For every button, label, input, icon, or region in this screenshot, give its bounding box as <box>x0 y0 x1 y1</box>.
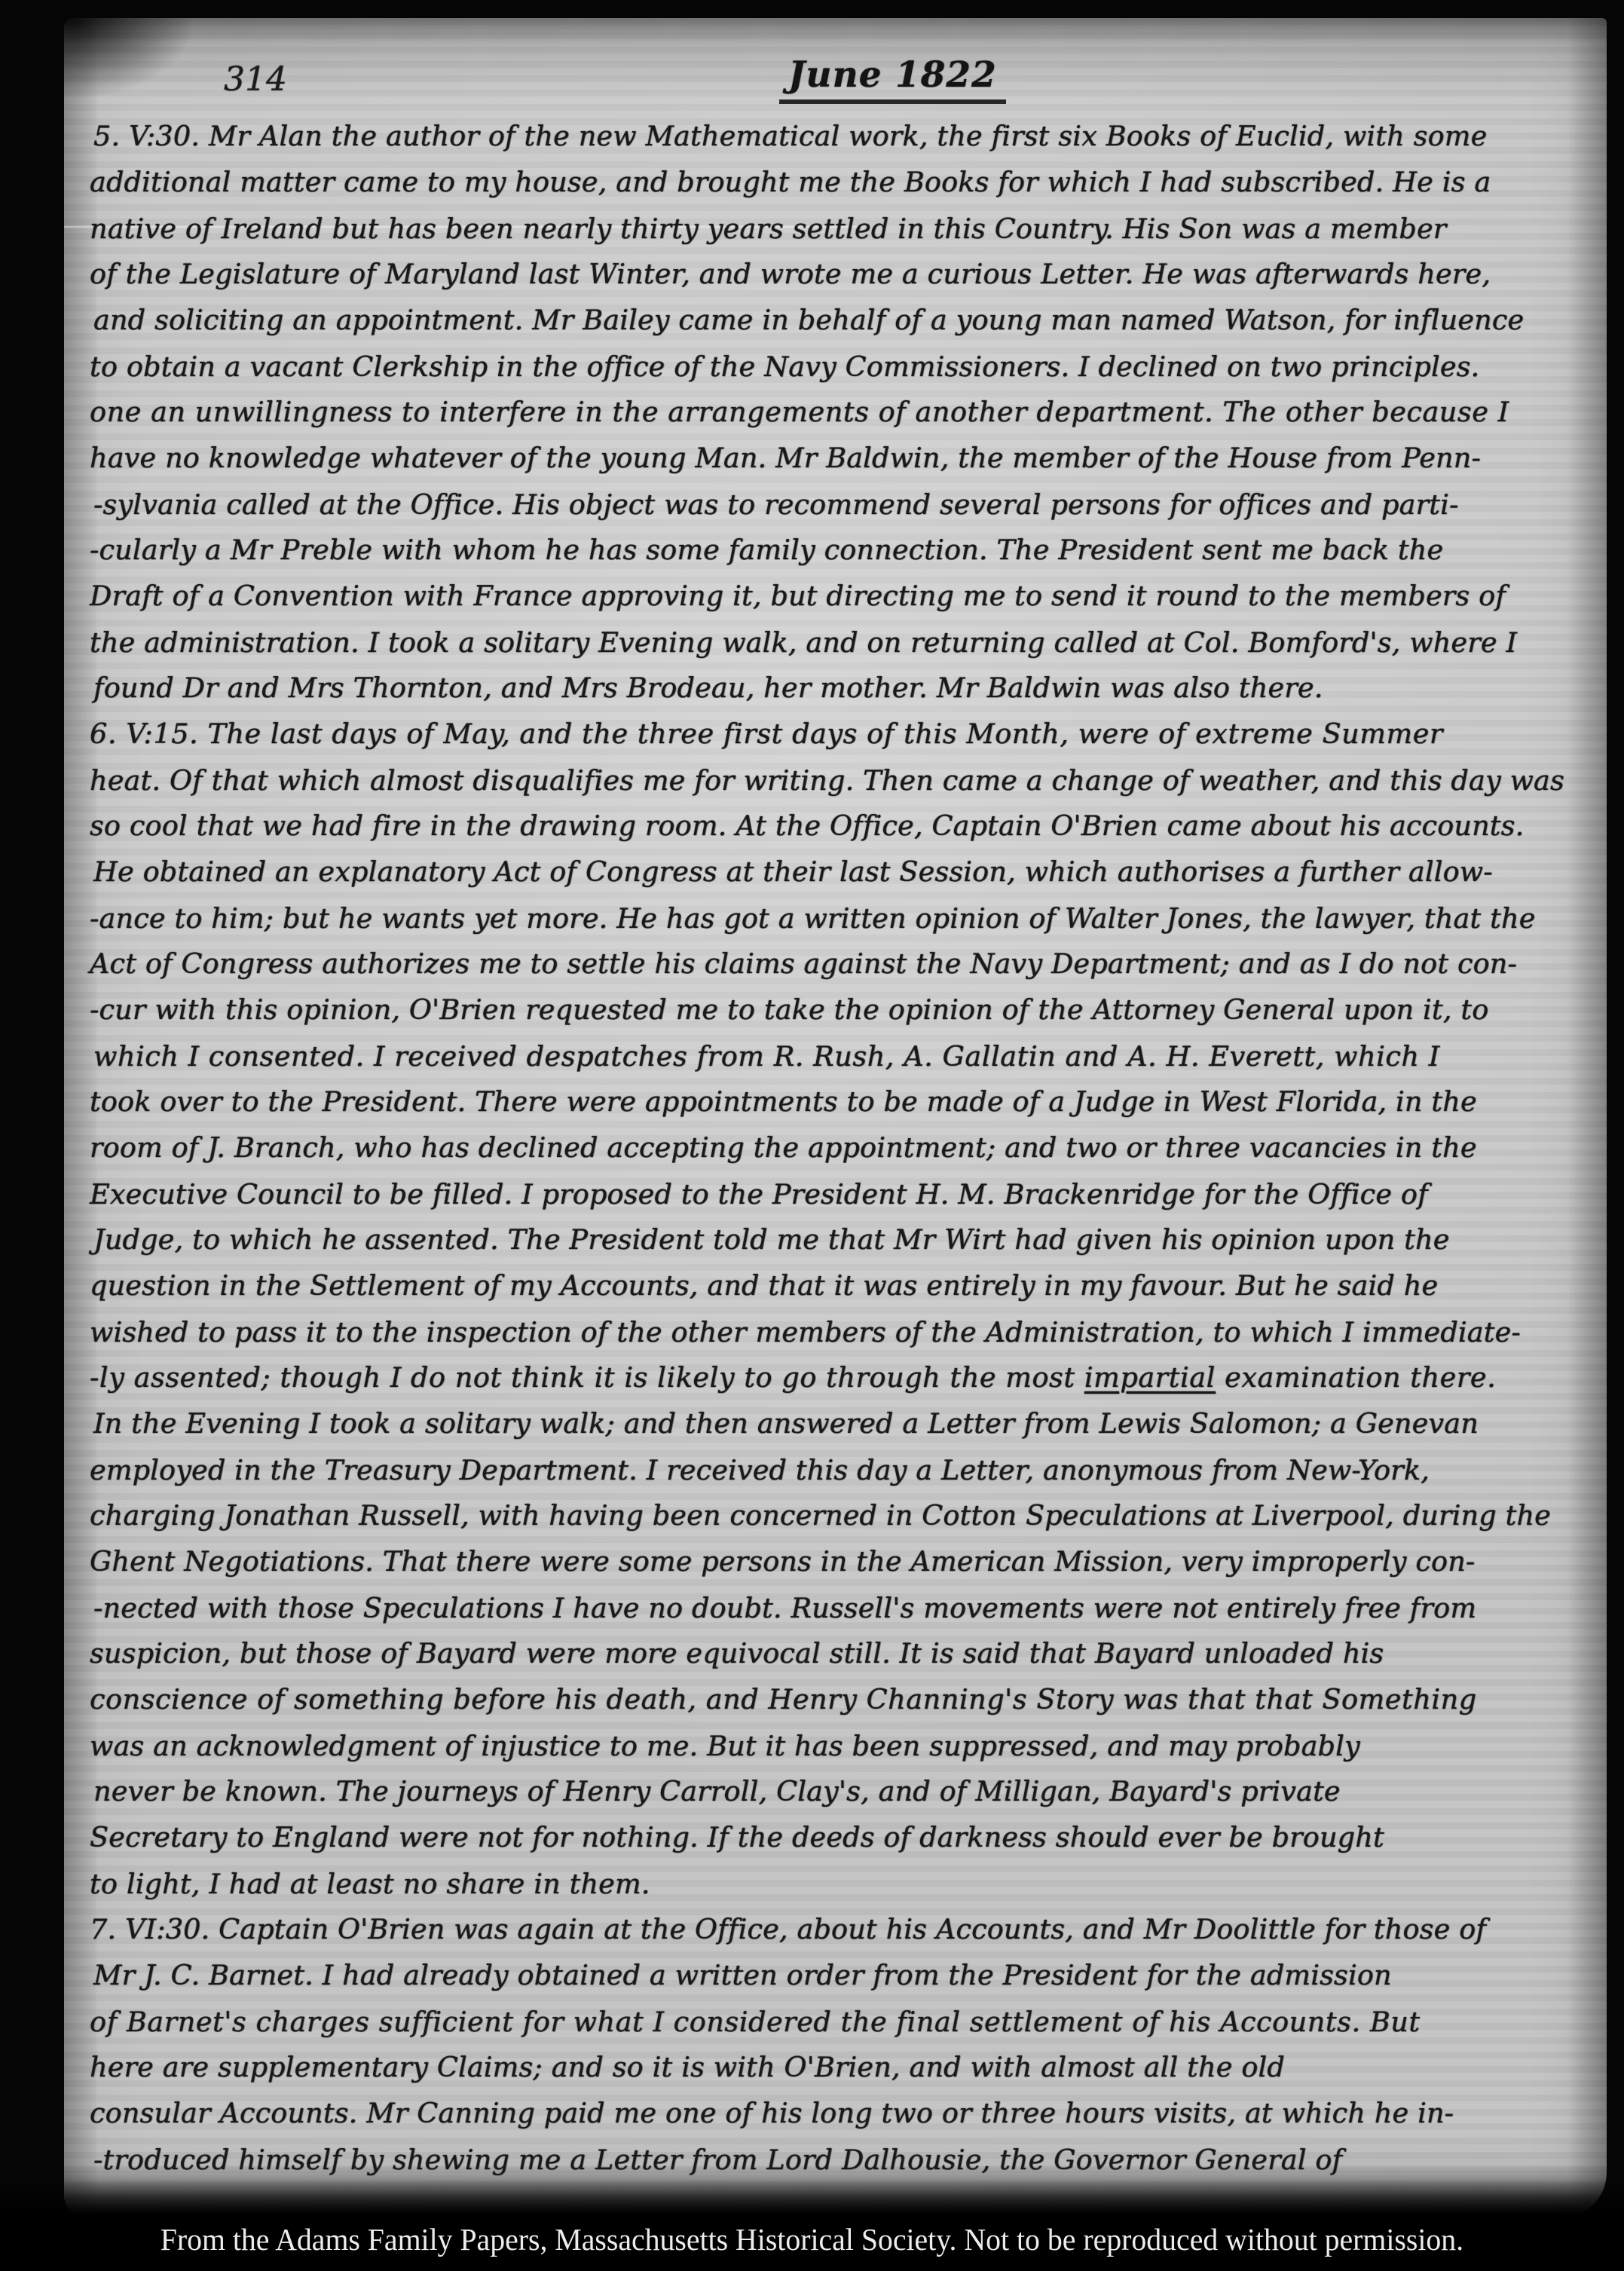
manuscript-line: -nected with those Speculations I have n… <box>93 1585 1593 1631</box>
manuscript-line: of the Legislature of Maryland last Wint… <box>90 251 1593 297</box>
manuscript-body: 5. V:30. Mr Alan the author of the new M… <box>90 113 1593 2182</box>
manuscript-line: and soliciting an appointment. Mr Bailey… <box>93 297 1593 343</box>
manuscript-line: the administration. I took a solitary Ev… <box>90 620 1593 666</box>
manuscript-line: Ghent Negotiations. That there were some… <box>90 1538 1593 1584</box>
manuscript-line: heat. Of that which almost disqualifies … <box>90 758 1593 803</box>
manuscript-line: Act of Congress authorizes me to settle … <box>90 941 1593 987</box>
manuscript-line: conscience of something before his death… <box>90 1676 1593 1722</box>
manuscript-line: In the Evening I took a solitary walk; a… <box>93 1400 1593 1446</box>
month-heading: June 1822 <box>64 54 1607 104</box>
manuscript-line: -ance to him; but he wants yet more. He … <box>90 895 1593 941</box>
manuscript-line: 7. VI:30. Captain O'Brien was again at t… <box>90 1906 1593 1952</box>
manuscript-line: of Barnet's charges sufficient for what … <box>90 1999 1593 2045</box>
manuscript-line: to obtain a vacant Clerkship in the offi… <box>90 344 1593 390</box>
manuscript-line: never be known. The journeys of Henry Ca… <box>93 1768 1593 1814</box>
manuscript-line: took over to the President. There were a… <box>90 1079 1593 1125</box>
manuscript-line: suspicion, but those of Bayard were more… <box>90 1630 1593 1676</box>
manuscript-line: charging Jonathan Russell, with having b… <box>90 1492 1593 1538</box>
credit-text: From the Adams Family Papers, Massachuse… <box>161 2221 1463 2257</box>
manuscript-line: 5. V:30. Mr Alan the author of the new M… <box>93 113 1593 159</box>
manuscript-line: -ly assented; though I do not think it i… <box>90 1354 1593 1400</box>
manuscript-line: employed in the Treasury Department. I r… <box>90 1447 1593 1493</box>
manuscript-line: room of J. Branch, who has declined acce… <box>90 1125 1593 1171</box>
manuscript-line: additional matter came to my house, and … <box>90 159 1593 205</box>
manuscript-line: Judge, to which he assented. The Preside… <box>93 1217 1593 1263</box>
manuscript-page: 314 June 1822 5. V:30. Mr Alan the autho… <box>64 18 1607 2217</box>
manuscript-line: -troduced himself by shewing me a Letter… <box>93 2137 1593 2183</box>
manuscript-line: question in the Settlement of my Account… <box>90 1263 1593 1308</box>
manuscript-line: which I consented. I received despatches… <box>93 1033 1593 1079</box>
manuscript-line: Draft of a Convention with France approv… <box>90 573 1593 619</box>
credit-banner: From the Adams Family Papers, Massachuse… <box>0 2211 1624 2267</box>
manuscript-line: -sylvania called at the Office. His obje… <box>93 482 1593 528</box>
manuscript-line: found Dr and Mrs Thornton, and Mrs Brode… <box>93 665 1593 711</box>
manuscript-line: 6. V:15. The last days of May, and the t… <box>90 711 1593 757</box>
manuscript-line: He obtained an explanatory Act of Congre… <box>93 849 1593 895</box>
manuscript-line: -cur with this opinion, O'Brien requeste… <box>90 987 1593 1033</box>
manuscript-line: here are supplementary Claims; and so it… <box>90 2044 1593 2090</box>
manuscript-line: Mr J. C. Barnet. I had already obtained … <box>93 1952 1593 1998</box>
manuscript-line: to light, I had at least no share in the… <box>90 1861 1593 1907</box>
manuscript-line: have no knowledge whatever of the young … <box>90 435 1593 481</box>
manuscript-photo: 314 June 1822 5. V:30. Mr Alan the autho… <box>0 0 1624 2271</box>
month-heading-text: June 1822 <box>779 54 1006 104</box>
manuscript-line: Secretary to England were not for nothin… <box>90 1814 1593 1860</box>
manuscript-line: consular Accounts. Mr Canning paid me on… <box>90 2090 1593 2136</box>
manuscript-line: -cularly a Mr Preble with whom he has so… <box>90 527 1593 573</box>
manuscript-line: was an acknowledgment of injustice to me… <box>90 1723 1593 1769</box>
manuscript-line: native of Ireland but has been nearly th… <box>90 206 1593 252</box>
manuscript-line: so cool that we had fire in the drawing … <box>90 803 1593 849</box>
manuscript-line: one an unwillingness to interfere in the… <box>90 389 1593 435</box>
manuscript-line: Executive Council to be filled. I propos… <box>90 1171 1593 1217</box>
manuscript-line: wished to pass it to the inspection of t… <box>90 1309 1593 1355</box>
